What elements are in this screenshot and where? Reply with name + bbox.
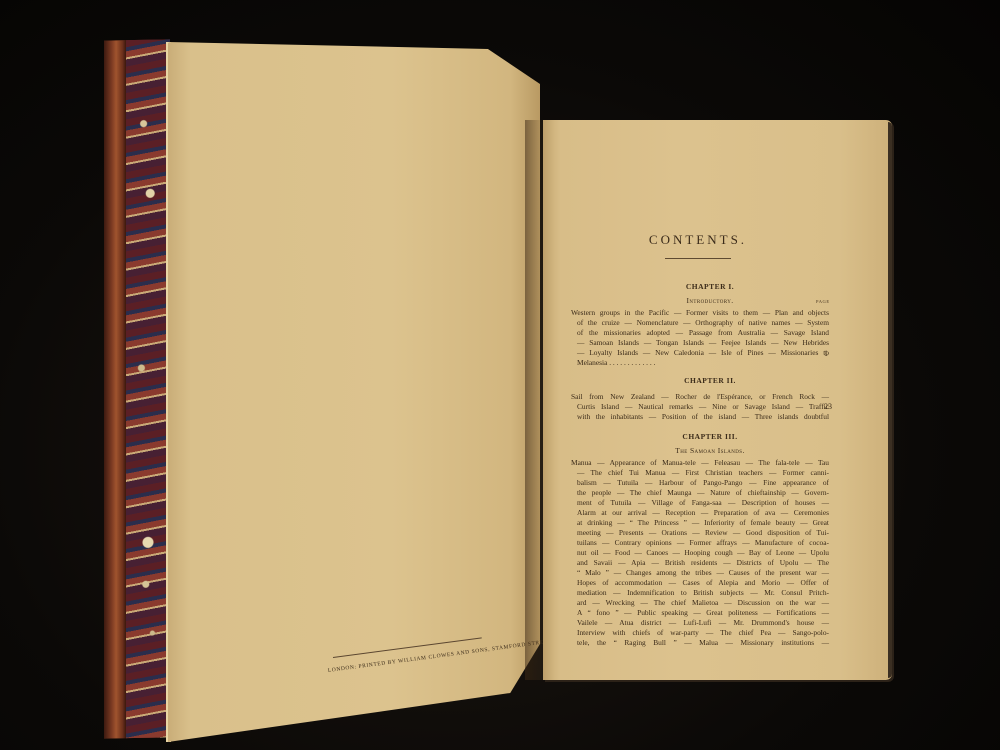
chapter-heading: CHAPTER II. <box>560 376 860 385</box>
toc-line: Melanesia . . . . . . . . . . . . . <box>577 358 829 368</box>
toc-line: — Samoan Islands — Tongan Islands — Feej… <box>577 338 829 348</box>
toc-line: Western groups in the Pacific — Former v… <box>571 308 829 318</box>
toc-line: — The chief Tui Manua — First Christian … <box>577 468 829 478</box>
toc-line: meeting — Presents — Orations — Review —… <box>577 528 829 538</box>
page-column-label: PAGE <box>816 299 830 304</box>
toc-line: and Savaii — Apia — British residents — … <box>577 558 829 568</box>
toc-line: tele, the “ Raging Bull ” — Malua — Miss… <box>577 638 829 648</box>
chapter-heading: CHAPTER III. <box>560 432 860 441</box>
toc-line: Curtis Island — Nautical remarks — Nine … <box>577 402 829 412</box>
chapter-heading: CHAPTER I. <box>560 282 860 291</box>
toc-line: “ Malo ” — Changes among the tribes — Ca… <box>577 568 829 578</box>
left-page-blank <box>168 42 540 742</box>
toc-line: balism — Tutuila — Harbour of Pango-Pang… <box>577 478 829 488</box>
chapter-subtitle: Introductory. <box>560 296 860 305</box>
toc-line: the people — The chief Maunga — Nature o… <box>577 488 829 498</box>
toc-line: of the missionaries adopted — Passage fr… <box>577 328 829 338</box>
toc-line: Manua — Appearance of Manua-tele — Felea… <box>571 458 829 468</box>
toc-line: ard — Wrecking — The chief Malietoa — Di… <box>577 598 829 608</box>
contents-title: CONTENTS. <box>628 232 768 248</box>
chapter-subtitle: The Samoan Islands. <box>560 446 860 455</box>
marbled-paper <box>126 39 170 738</box>
toc-line: Hopes of accommodation — Cases of Alepia… <box>577 578 829 588</box>
right-page-edge <box>888 122 892 678</box>
toc-line: at drinking — “ The Princess ” — Inferio… <box>577 518 829 528</box>
toc-line: Alarm at our arrival — Reception — Prepa… <box>577 508 829 518</box>
toc-line: Vailele — Atua district — Lufi-Lufi — Mr… <box>577 618 829 628</box>
marbled-cover-board <box>104 39 170 738</box>
toc-line: tuilans — Contrary opinions — Former aff… <box>577 538 829 548</box>
gutter-shadow <box>525 120 555 680</box>
toc-line: Sail from New Zealand — Rocher de l'Espé… <box>571 392 829 402</box>
toc-line: ment of Tutuila — Village of Fanga-saa —… <box>577 498 829 508</box>
page-number: 23 <box>824 402 832 411</box>
toc-line: — Loyalty Islands — New Caledonia — Isle… <box>577 348 829 358</box>
title-rule <box>665 258 731 259</box>
toc-line: Interview with chiefs of war-party — The… <box>577 628 829 638</box>
toc-line: of the cruize — Nomenclature — Orthograp… <box>577 318 829 328</box>
toc-line: A “ fono ” — Public speaking — Great pol… <box>577 608 829 618</box>
toc-line: mediation — Indemnification to British s… <box>577 588 829 598</box>
page-number: 1 <box>824 349 828 358</box>
leather-spine <box>104 40 126 738</box>
toc-line: with the inhabitants — Position of the i… <box>577 412 829 422</box>
toc-line: nut oil — Food — Canoes — Hooping cough … <box>577 548 829 558</box>
